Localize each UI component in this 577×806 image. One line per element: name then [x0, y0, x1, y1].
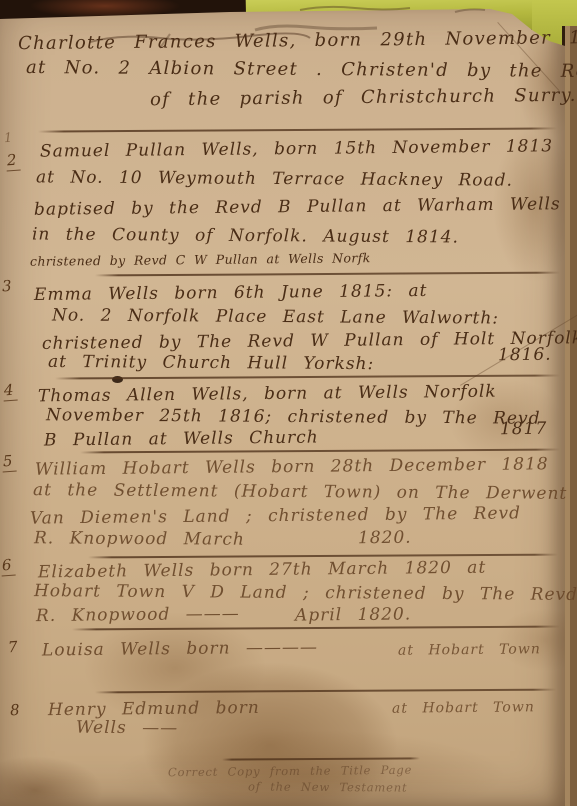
entry-line: at the Settlement (Hobart Town) on The D… — [33, 482, 567, 503]
entry-line: Wells —— — [76, 720, 178, 738]
entry-year: 1817 — [500, 421, 547, 438]
entry-year: 1816. — [498, 347, 552, 365]
entry-line: at No. 2 Albion Street . Christen'd by t… — [26, 59, 577, 81]
entry-place-note: at Hobart Town — [398, 642, 541, 657]
entry-number: 7 — [7, 638, 18, 657]
footer-note-line: of the New Testament — [248, 781, 407, 794]
entry-line: Emma Wells born 6th June 1815: at — [34, 283, 428, 304]
entry-line: R. Knopwood ——— — [36, 606, 240, 625]
entry-number: 5 — [1, 452, 16, 473]
entry-line: No. 2 Norfolk Place East Lane Walworth: — [52, 307, 499, 327]
entry-line: at Trinity Church Hull Yorksh: — [48, 354, 374, 373]
entry-line: R. Knopwood March — [34, 530, 245, 548]
entry-number: 4 — [2, 381, 17, 402]
entry-line: of the parish of Christchurch Surry. — [150, 87, 577, 109]
entry-line: at No. 10 Weymouth Terrace Hackney Road. — [36, 169, 513, 189]
entry-line: November 25th 1816; christened by The Re… — [46, 407, 541, 427]
entry-place-note: at Hobart Town — [392, 700, 535, 715]
entry-number: 3 — [1, 277, 12, 296]
photograph-of-register-page: 1 Charlotte Frances Wells, born 29th Nov… — [0, 0, 577, 806]
entry-line: B Pullan at Wells Church — [44, 430, 319, 450]
entry-line: Hobart Town V D Land ; christened by The… — [34, 583, 577, 604]
entry-line: Henry Edmund born — [48, 700, 260, 719]
entry-line: in the County of Norfolk. August 1814. — [32, 227, 459, 247]
entry-year: April 1820. — [295, 606, 411, 624]
entry-line: Louisa Wells born ———— — [42, 640, 318, 660]
entry-year: 1820. — [358, 530, 412, 548]
entry-number: 6 — [0, 556, 15, 577]
entry-line: Elizabeth Wells born 27th March 1820 at — [38, 560, 486, 582]
entry-number: 8 — [9, 701, 20, 720]
footer-note-line: Correct Copy from the Title Page — [168, 765, 412, 779]
entry-number: 1 — [3, 131, 12, 147]
entry-number: 2 — [5, 151, 20, 172]
entry-line: Thomas Allen Wells, born at Wells Norfol… — [38, 384, 497, 406]
